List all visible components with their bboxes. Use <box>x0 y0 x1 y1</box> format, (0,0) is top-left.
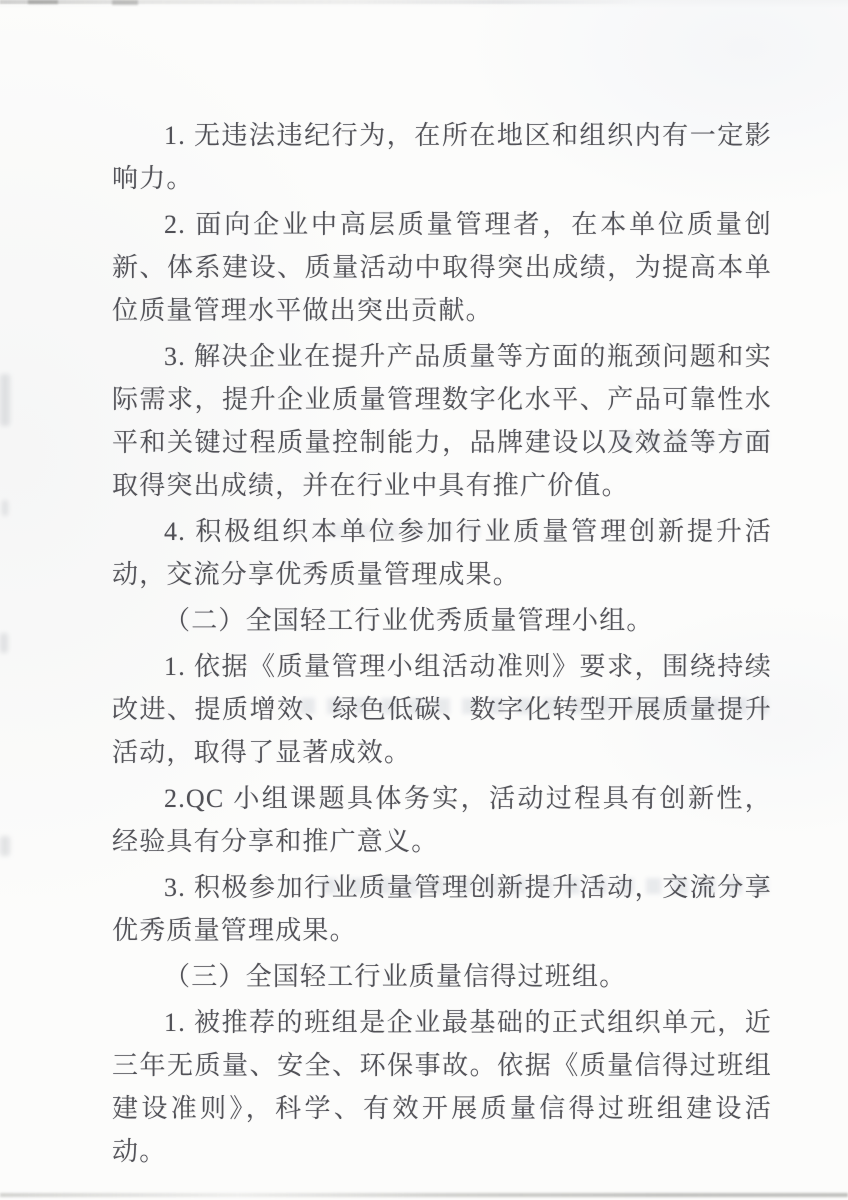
criterion-2: 2. 面向企业中高层质量管理者，在本单位质量创新、体系建设、质量活动中取得突出成… <box>112 203 772 332</box>
scan-artifact-left-smudge <box>2 500 8 516</box>
scan-artifact-left-smudge <box>0 836 10 856</box>
scan-artifact-top-edge <box>0 0 640 4</box>
criterion-1: 1. 无违法违纪行为，在所在地区和组织内有一定影响力。 <box>112 114 772 200</box>
section-heading-2: （二）全国轻工行业优秀质量管理小组。 <box>112 599 772 642</box>
scan-artifact-top-mark <box>112 0 138 5</box>
qc-criterion-3: 3. 积极参加行业质量管理创新提升活动，交流分享优秀质量管理成果。 <box>112 866 772 952</box>
criterion-3: 3. 解决企业在提升产品质量等方面的瓶颈问题和实际需求，提升企业质量管理数字化水… <box>112 335 772 507</box>
scan-artifact-left-smudge <box>0 633 8 653</box>
document-text-block: 1. 无违法违纪行为，在所在地区和组织内有一定影响力。 2. 面向企业中高层质量… <box>112 114 772 1173</box>
qc-criterion-2: 2.QC 小组课题具体务实，活动过程具有创新性，经验具有分享和推广意义。 <box>112 777 772 863</box>
team-criterion-1: 1. 被推荐的班组是企业最基础的正式组织单元，近三年无质量、安全、环保事故。依据… <box>112 1001 772 1173</box>
section-heading-3: （三）全国轻工行业质量信得过班组。 <box>112 955 772 998</box>
scan-artifact-bottom-edge <box>0 1193 848 1197</box>
scanned-document-page: 1. 无违法违纪行为，在所在地区和组织内有一定影响力。 2. 面向企业中高层质量… <box>0 0 848 1200</box>
scan-artifact-top-mark <box>28 0 58 4</box>
scan-artifact-left-smudge <box>0 374 10 426</box>
qc-criterion-1: 1. 依据《质量管理小组活动准则》要求，围绕持续改进、提质增效、绿色低碳、数字化… <box>112 645 772 774</box>
criterion-4: 4. 积极组织本单位参加行业质量管理创新提升活动，交流分享优秀质量管理成果。 <box>112 510 772 596</box>
